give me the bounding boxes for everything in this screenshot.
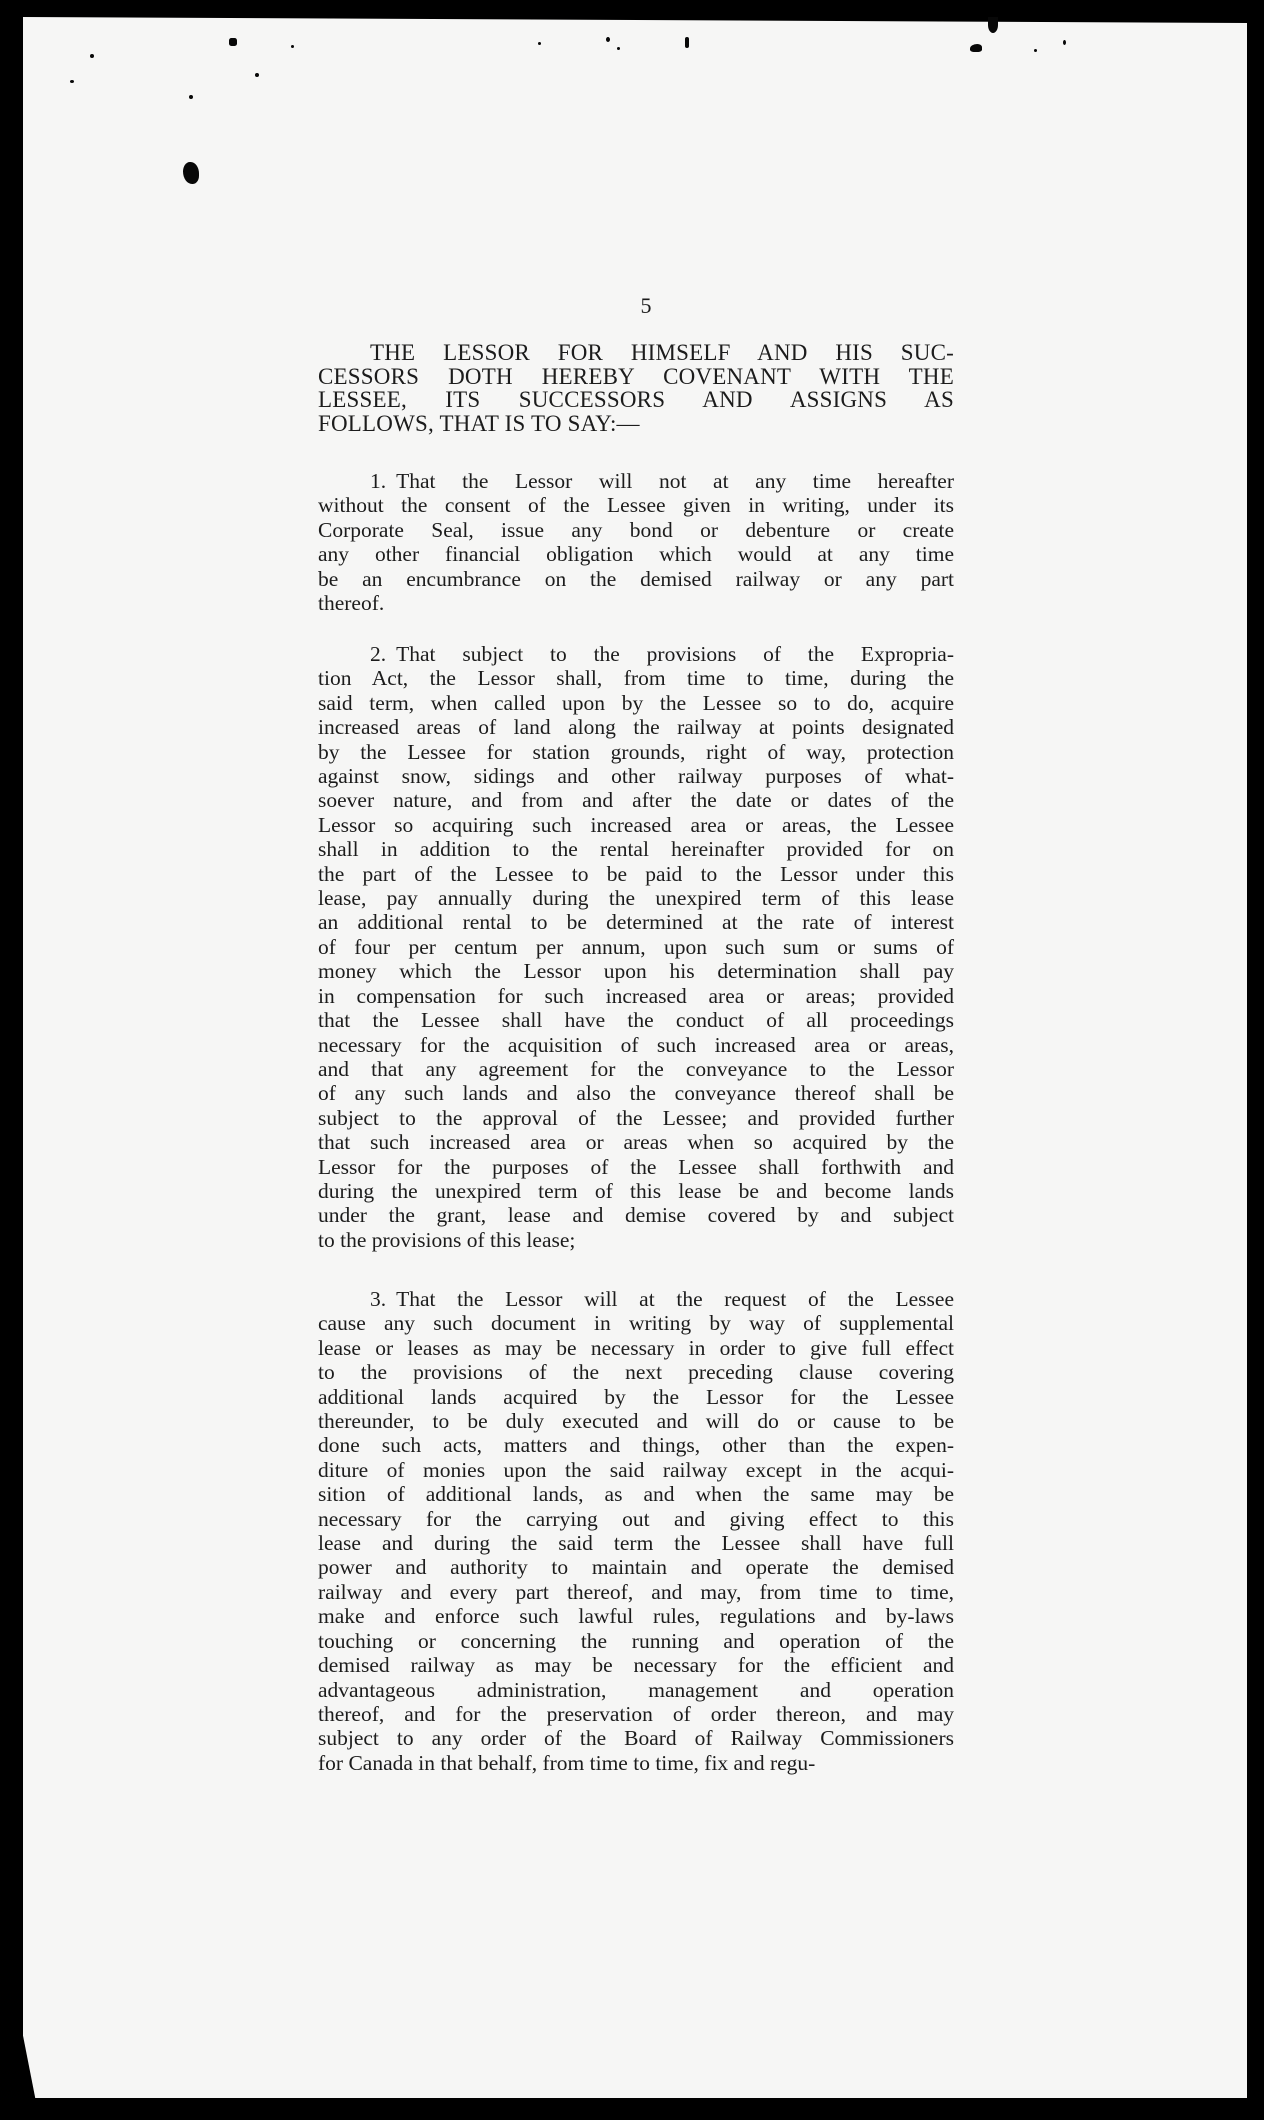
scan-speck <box>229 38 237 46</box>
clause-line: be an encumbrance on the demised railway… <box>318 567 954 591</box>
clause-line: demised railway as may be necessary for … <box>318 1653 954 1677</box>
clause-line: shall in addition to the rental hereinaf… <box>318 837 954 861</box>
clause-line: additional lands acquired by the Lessor … <box>318 1385 954 1409</box>
clause-line: power and authority to maintain and oper… <box>318 1555 954 1579</box>
clause-line: thereof, and for the preservation of ord… <box>318 1702 954 1726</box>
clause-line: advantageous administration, management … <box>318 1678 954 1702</box>
heading-line: LESSEE, ITS SUCCESSORS AND ASSIGNS AS <box>318 388 954 412</box>
clause-line: of four per centum per annum, upon such … <box>318 935 954 959</box>
scan-speck <box>70 80 74 83</box>
clause-line: 3.That the Lessor will at the request of… <box>318 1287 954 1311</box>
scan-speck <box>189 95 193 99</box>
covenant-heading: THE LESSOR FOR HIMSELF AND HIS SUC- CESS… <box>318 341 954 435</box>
clause-line: of any such lands and also the conveyanc… <box>318 1081 954 1105</box>
scan-speck <box>606 37 610 42</box>
clause-line: thereof. <box>318 591 954 615</box>
scan-speck <box>538 42 541 45</box>
clause-line: necessary for the carrying out and givin… <box>318 1507 954 1531</box>
scan-speck <box>970 44 982 52</box>
clause-line: said term, when called upon by the Lesse… <box>318 691 954 715</box>
scan-speck <box>617 47 620 50</box>
heading-line: FOLLOWS, THAT IS TO SAY:— <box>318 412 954 436</box>
clause-number: 1. <box>370 469 386 493</box>
clause-2: 2.That subject to the provisions of the … <box>318 642 954 1252</box>
clause-line: make and enforce such lawful rules, regu… <box>318 1604 954 1628</box>
clause-line: without the consent of the Lessee given … <box>318 493 954 517</box>
scan-speck <box>183 162 199 184</box>
clause-line: that the Lessee shall have the conduct o… <box>318 1008 954 1032</box>
heading-line: THE LESSOR FOR HIMSELF AND HIS SUC- <box>318 341 954 365</box>
page-number: 5 <box>636 293 656 319</box>
clause-line: under the grant, lease and demise covere… <box>318 1203 954 1227</box>
clause-line: increased areas of land along the railwa… <box>318 715 954 739</box>
clause-line: subject to the approval of the Lessee; a… <box>318 1106 954 1130</box>
heading-line: CESSORS DOTH HEREBY COVENANT WITH THE <box>318 365 954 389</box>
clause-line: Lessor so acquiring such increased area … <box>318 813 954 837</box>
clause-line: any other financial obligation which wou… <box>318 542 954 566</box>
clause-3: 3.That the Lessor will at the request of… <box>318 1287 954 1775</box>
clause-line: to the provisions of the next preceding … <box>318 1360 954 1384</box>
clause-line: subject to any order of the Board of Rai… <box>318 1726 954 1750</box>
clause-line: by the Lessee for station grounds, right… <box>318 740 954 764</box>
clause-line: that such increased area or areas when s… <box>318 1130 954 1154</box>
clause-line: an additional rental to be determined at… <box>318 910 954 934</box>
clause-line: money which the Lessor upon his determin… <box>318 959 954 983</box>
clause-text: That the Lessor will at the request of t… <box>396 1287 954 1311</box>
clause-line: for Canada in that behalf, from time to … <box>318 1751 954 1775</box>
clause-line: against snow, sidings and other railway … <box>318 764 954 788</box>
scan-speck <box>255 73 259 77</box>
scan-speck <box>988 17 998 33</box>
clause-number: 3. <box>370 1287 386 1311</box>
clause-line: and that any agreement for the conveyanc… <box>318 1057 954 1081</box>
scan-speck <box>291 45 294 48</box>
clause-line: to the provisions of this lease; <box>318 1228 954 1252</box>
clause-line: tion Act, the Lessor shall, from time to… <box>318 666 954 690</box>
clause-line: lease, pay annually during the unexpired… <box>318 886 954 910</box>
clause-line: railway and every part thereof, and may,… <box>318 1580 954 1604</box>
clause-line: 1.That the Lessor will not at any time h… <box>318 469 954 493</box>
clause-line: lease or leases as may be necessary in o… <box>318 1336 954 1360</box>
clause-line: touching or concerning the running and o… <box>318 1629 954 1653</box>
clause-line: Lessor for the purposes of the Lessee sh… <box>318 1155 954 1179</box>
clause-text: That subject to the provisions of the Ex… <box>396 642 954 666</box>
clause-line: soever nature, and from and after the da… <box>318 788 954 812</box>
clause-line: 2.That subject to the provisions of the … <box>318 642 954 666</box>
clause-line: during the unexpired term of this lease … <box>318 1179 954 1203</box>
clause-line: Corporate Seal, issue any bond or debent… <box>318 518 954 542</box>
clause-line: lease and during the said term the Lesse… <box>318 1531 954 1555</box>
clause-line: the part of the Lessee to be paid to the… <box>318 862 954 886</box>
clause-line: diture of monies upon the said railway e… <box>318 1458 954 1482</box>
clause-line: thereunder, to be duly executed and will… <box>318 1409 954 1433</box>
scan-speck <box>1063 40 1066 45</box>
scan-speck <box>685 37 689 48</box>
clause-text: That the Lessor will not at any time her… <box>396 469 954 493</box>
clause-line: necessary for the acquisition of such in… <box>318 1033 954 1057</box>
clause-1: 1.That the Lessor will not at any time h… <box>318 469 954 615</box>
clause-number: 2. <box>370 642 386 666</box>
clause-line: cause any such document in writing by wa… <box>318 1311 954 1335</box>
clause-line: in compensation for such increased area … <box>318 984 954 1008</box>
clause-line: done such acts, matters and things, othe… <box>318 1433 954 1457</box>
clause-line: sition of additional lands, as and when … <box>318 1482 954 1506</box>
scan-speck <box>1034 49 1037 52</box>
scan-speck <box>90 54 94 58</box>
